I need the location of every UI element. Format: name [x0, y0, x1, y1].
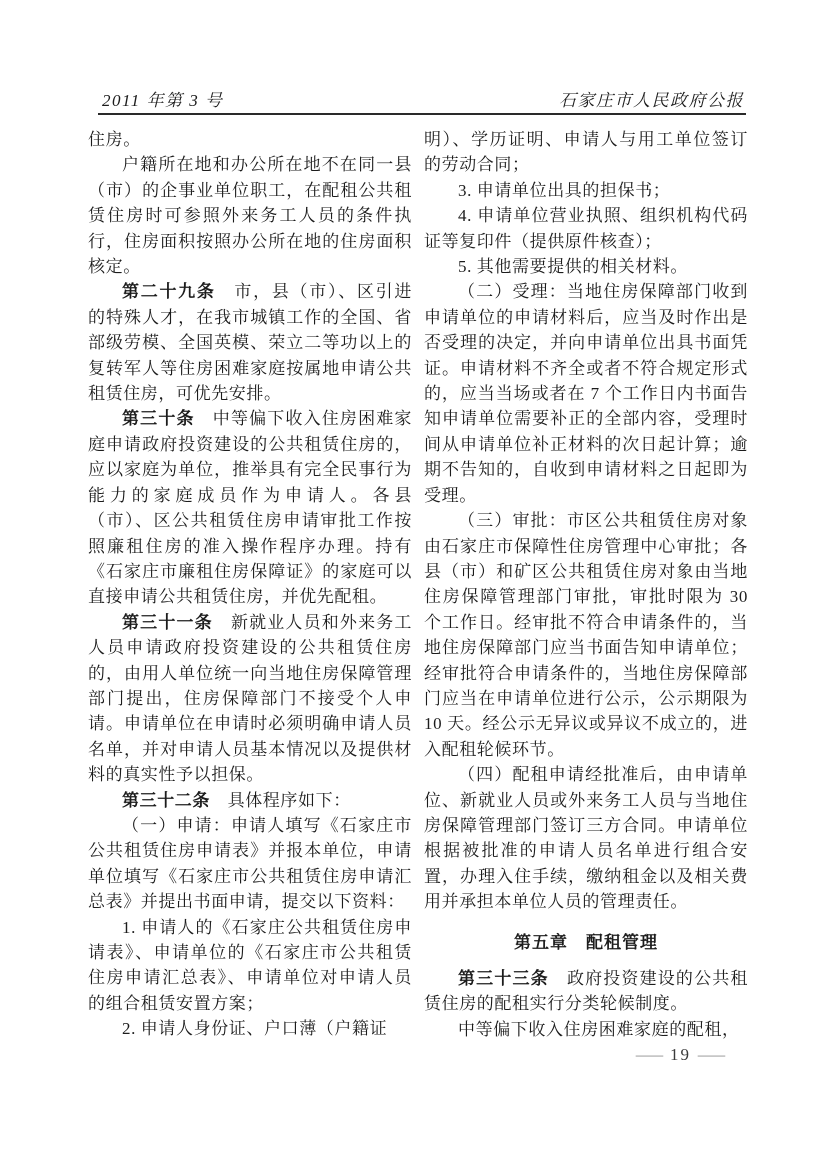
paragraph-text: 4. 申请单位营业执照、组织机构代码证等复印件（提供原件核查）；	[424, 206, 748, 250]
paragraph-text: 新就业人员和外来务工人员申请政府投资建设的公共租赁住房的，由用人单位统一向当地住…	[88, 613, 412, 784]
paragraph-text: （二）受理：当地住房保障部门收到申请单位的申请材料后，应当及时作出是否受理的决定…	[424, 282, 748, 504]
paragraph: 户籍所在地和办公所在地不在同一县（市）的企事业单位职工，在配租公共租赁住房时可参…	[88, 152, 412, 279]
paragraph-text: （四）配租申请经批准后，由申请单位、新就业人员或外来务工人员与当地住房保障管理部…	[424, 765, 748, 911]
paragraph: （四）配租申请经批准后，由申请单位、新就业人员或外来务工人员与当地住房保障管理部…	[424, 762, 748, 914]
publication-title: 石家庄市人民政府公报	[559, 86, 744, 111]
paragraph: 第二十九条 市，县（市）、区引进的特殊人才，在我市城镇工作的全国、省部级劳模、全…	[88, 279, 412, 406]
paragraph: 中等偏下收入住房困难家庭的配租，	[424, 1017, 748, 1042]
right-column: 明）、学历证明、申请人与用工单位签订的劳动合同；3. 申请单位出具的担保书；4.…	[424, 127, 748, 1042]
paragraph: 第三十三条 政府投资建设的公共租赁住房的配租实行分类轮候制度。	[424, 966, 748, 1017]
paragraph: 住房。	[88, 127, 412, 152]
paragraph: （二）受理：当地住房保障部门收到申请单位的申请材料后，应当及时作出是否受理的决定…	[424, 279, 748, 508]
left-column: 住房。户籍所在地和办公所在地不在同一县（市）的企事业单位职工，在配租公共租赁住房…	[88, 127, 412, 1042]
chapter-heading: 第五章 配租管理	[424, 930, 748, 955]
chapter-title-text: 第五章 配租管理	[514, 933, 658, 952]
paragraph: （三）审批：市区公共租赁住房对象由石家庄市保障性住房管理中心审批；各县（市）和矿…	[424, 508, 748, 762]
article-number: 第三十一条	[122, 613, 213, 632]
paragraph-text: 2. 申请人身份证、户口薄（户籍证	[122, 1019, 387, 1038]
paragraph-text: 3. 申请单位出具的担保书；	[458, 181, 670, 200]
footer-dash-right: —	[698, 1042, 725, 1067]
paragraph-text: 1. 申请人的《石家庄公共租赁住房申请表》、申请单位的《石家庄市公共租赁住房申请…	[88, 918, 412, 1013]
issue-label: 2011 年第 3 号	[102, 86, 224, 111]
paragraph-text: （三）审批：市区公共租赁住房对象由石家庄市保障性住房管理中心审批；各县（市）和矿…	[424, 511, 748, 759]
header-rule	[98, 113, 746, 115]
paragraph-text: 住房。	[88, 130, 141, 149]
paragraph: 5. 其他需要提供的相关材料。	[424, 254, 748, 279]
paragraph: 4. 申请单位营业执照、组织机构代码证等复印件（提供原件核查）；	[424, 203, 748, 254]
page-header: 2011 年第 3 号 石家庄市人民政府公报	[102, 86, 744, 111]
paragraph: （一）申请：申请人填写《石家庄市公共租赁住房申请表》并报本单位，申请单位填写《石…	[88, 813, 412, 915]
page-number: 19	[670, 1042, 691, 1067]
page-footer: — 19 —	[641, 1042, 720, 1067]
paragraph-text: 中等偏下收入住房困难家庭的配租，	[458, 1020, 740, 1039]
footer-dash-left: —	[636, 1042, 663, 1067]
paragraph: 2. 申请人身份证、户口薄（户籍证	[88, 1016, 412, 1041]
gazette-page: 2011 年第 3 号 石家庄市人民政府公报 住房。户籍所在地和办公所在地不在同…	[0, 0, 826, 1169]
article-number: 第三十三条	[458, 969, 549, 988]
document-body: 住房。户籍所在地和办公所在地不在同一县（市）的企事业单位职工，在配租公共租赁住房…	[88, 127, 748, 1042]
paragraph: 第三十条 中等偏下收入住房困难家庭申请政府投资建设的公共租赁住房的，应以家庭为单…	[88, 406, 412, 609]
paragraph: 明）、学历证明、申请人与用工单位签订的劳动合同；	[424, 127, 748, 178]
paragraph-text: 5. 其他需要提供的相关材料。	[458, 257, 688, 276]
article-number: 第三十二条	[122, 791, 210, 810]
paragraph-text: 户籍所在地和办公所在地不在同一县（市）的企事业单位职工，在配租公共租赁住房时可参…	[88, 155, 412, 276]
paragraph: 3. 申请单位出具的担保书；	[424, 178, 748, 203]
paragraph-text: 中等偏下收入住房困难家庭申请政府投资建设的公共租赁住房的，应以家庭为单位，推举具…	[88, 409, 412, 606]
article-number: 第二十九条	[122, 282, 216, 301]
paragraph-text: 明）、学历证明、申请人与用工单位签订的劳动合同；	[424, 130, 748, 174]
paragraph: 1. 申请人的《石家庄公共租赁住房申请表》、申请单位的《石家庄市公共租赁住房申请…	[88, 915, 412, 1017]
paragraph-text: （一）申请：申请人填写《石家庄市公共租赁住房申请表》并报本单位，申请单位填写《石…	[88, 816, 412, 911]
paragraph: 第三十一条 新就业人员和外来务工人员申请政府投资建设的公共租赁住房的，由用人单位…	[88, 610, 412, 788]
paragraph-text: 具体程序如下：	[210, 791, 351, 810]
paragraph: 第三十二条 具体程序如下：	[88, 788, 412, 813]
article-number: 第三十条	[122, 409, 195, 428]
